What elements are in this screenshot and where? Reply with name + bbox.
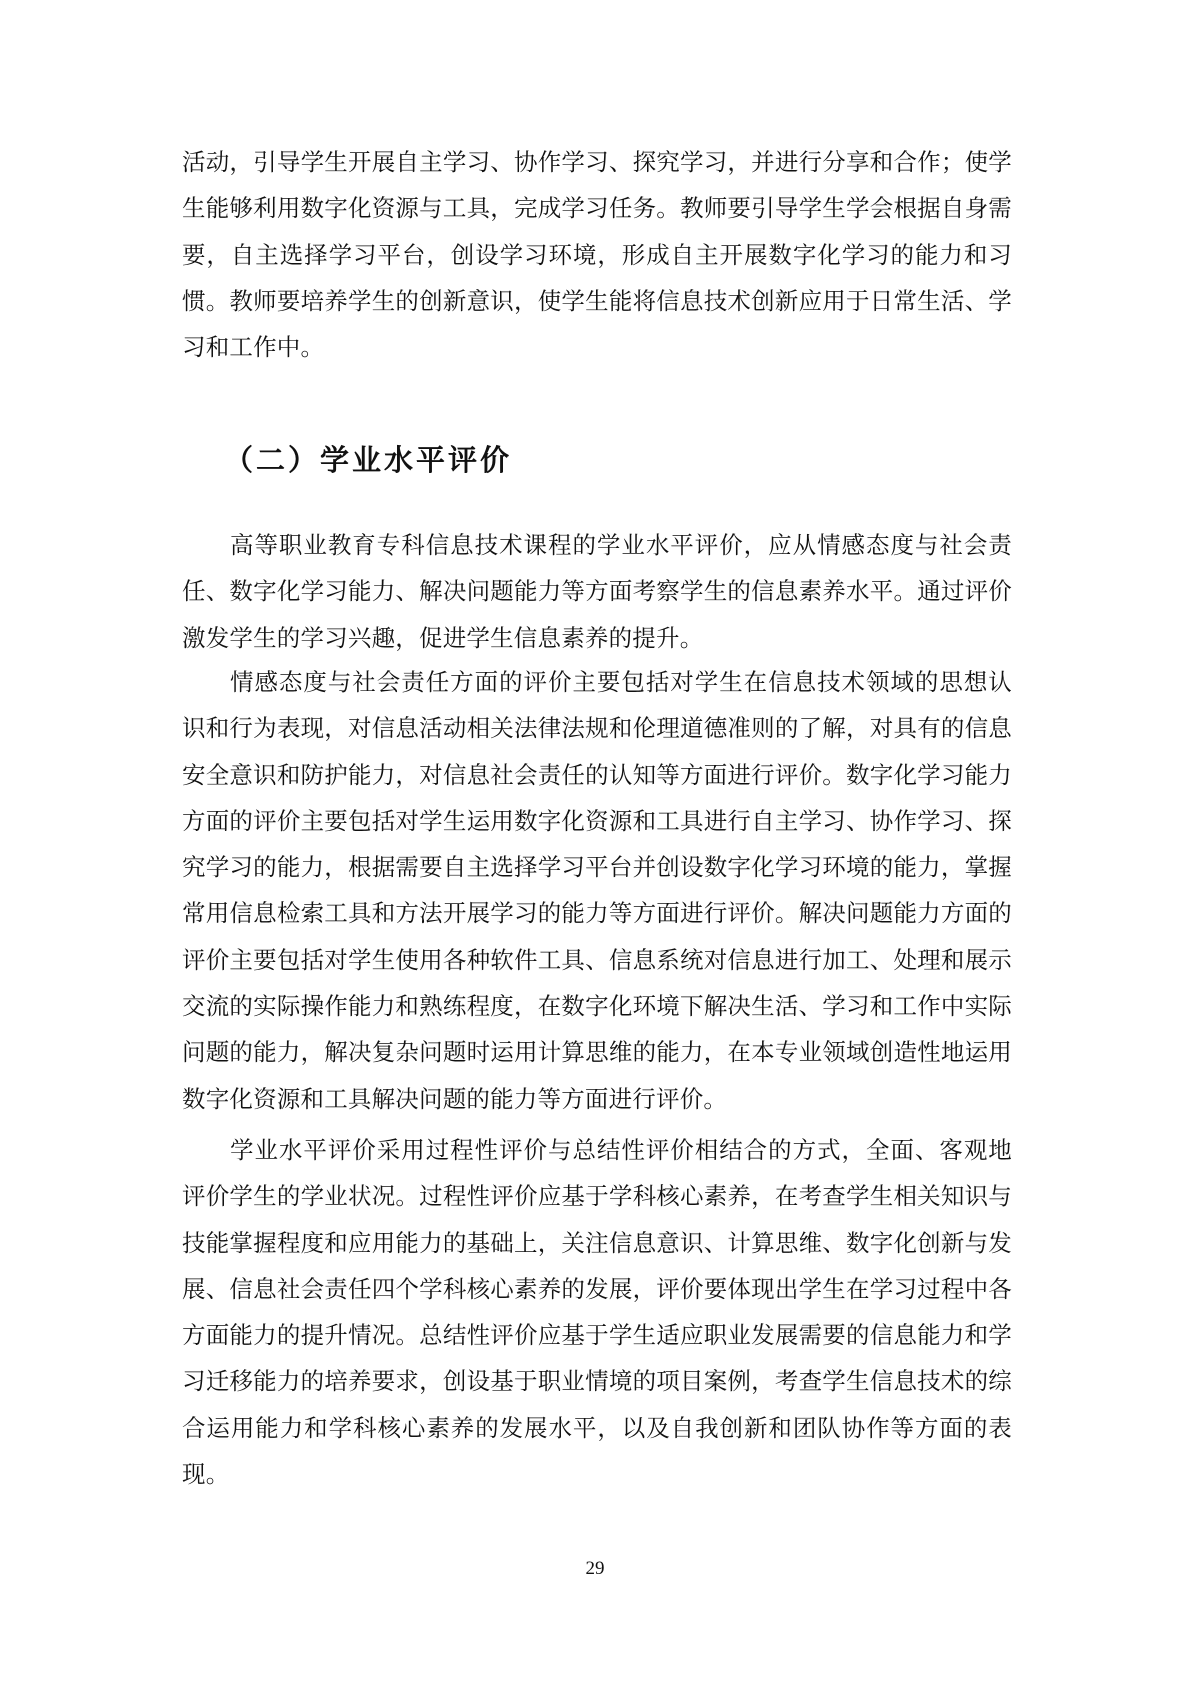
paragraph-block-1: 高等职业教育专科信息技术课程的学业水平评价，应从情感态度与社会责任、数字化学习能…	[182, 522, 1012, 661]
section-heading: （二）学业水平评价	[224, 438, 512, 479]
document-page: 活动，引导学生开展自主学习、协作学习、探究学习，并进行分享和合作；使学生能够利用…	[0, 0, 1190, 1684]
paragraph-evaluation-aspects: 情感态度与社会责任方面的评价主要包括对学生在信息技术领域的思想认识和行为表现，对…	[182, 659, 1012, 1122]
paragraph-overview: 高等职业教育专科信息技术课程的学业水平评价，应从情感态度与社会责任、数字化学习能…	[182, 522, 1012, 661]
paragraph-block-2: 情感态度与社会责任方面的评价主要包括对学生在信息技术领域的思想认识和行为表现，对…	[182, 659, 1012, 1122]
paragraph-evaluation-methods: 学业水平评价采用过程性评价与总结性评价相结合的方式，全面、客观地评价学生的学业状…	[182, 1127, 1012, 1497]
paragraph-block-3: 学业水平评价采用过程性评价与总结性评价相结合的方式，全面、客观地评价学生的学业状…	[182, 1127, 1012, 1497]
continuation-paragraph-block: 活动，引导学生开展自主学习、协作学习、探究学习，并进行分享和合作；使学生能够利用…	[182, 139, 1012, 370]
page-number: 29	[0, 1558, 1190, 1580]
continuation-paragraph: 活动，引导学生开展自主学习、协作学习、探究学习，并进行分享和合作；使学生能够利用…	[182, 139, 1012, 370]
